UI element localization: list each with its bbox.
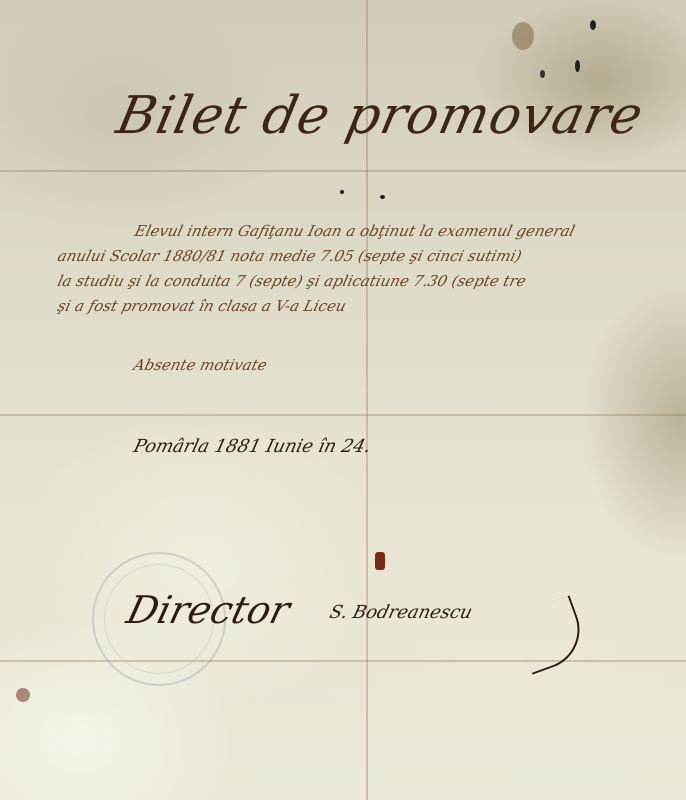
fold-line-horizontal bbox=[0, 170, 686, 172]
body-line-2: anului Scolar 1880/81 nota medie 7.05 (s… bbox=[56, 247, 524, 265]
ink-spot bbox=[540, 70, 545, 78]
body-line-4: şi a fost promovat în clasa a V-a Liceu bbox=[56, 297, 348, 315]
stain bbox=[16, 688, 30, 702]
fold-line-horizontal bbox=[0, 660, 686, 662]
signature-role: Director bbox=[123, 588, 295, 632]
absences-label: Absente motivate bbox=[132, 356, 269, 374]
document-title: Bilet de promovare bbox=[112, 86, 649, 146]
signature-name: S. Bodreanescu bbox=[327, 602, 474, 623]
ink-spot bbox=[590, 20, 596, 30]
fold-line-horizontal bbox=[0, 414, 686, 416]
ink-spot bbox=[340, 190, 344, 194]
wax-mark bbox=[375, 552, 385, 570]
body-line-3: la studiu şi la conduita 7 (septe) şi ap… bbox=[56, 272, 528, 290]
place-and-date: Pomârla 1881 Iunie în 24. bbox=[131, 436, 373, 457]
ink-spot bbox=[380, 195, 385, 199]
body-line-1: Elevul intern Gafiţanu Ioan a obţinut la… bbox=[133, 222, 577, 240]
stain bbox=[512, 22, 534, 50]
ink-spot bbox=[575, 60, 580, 72]
